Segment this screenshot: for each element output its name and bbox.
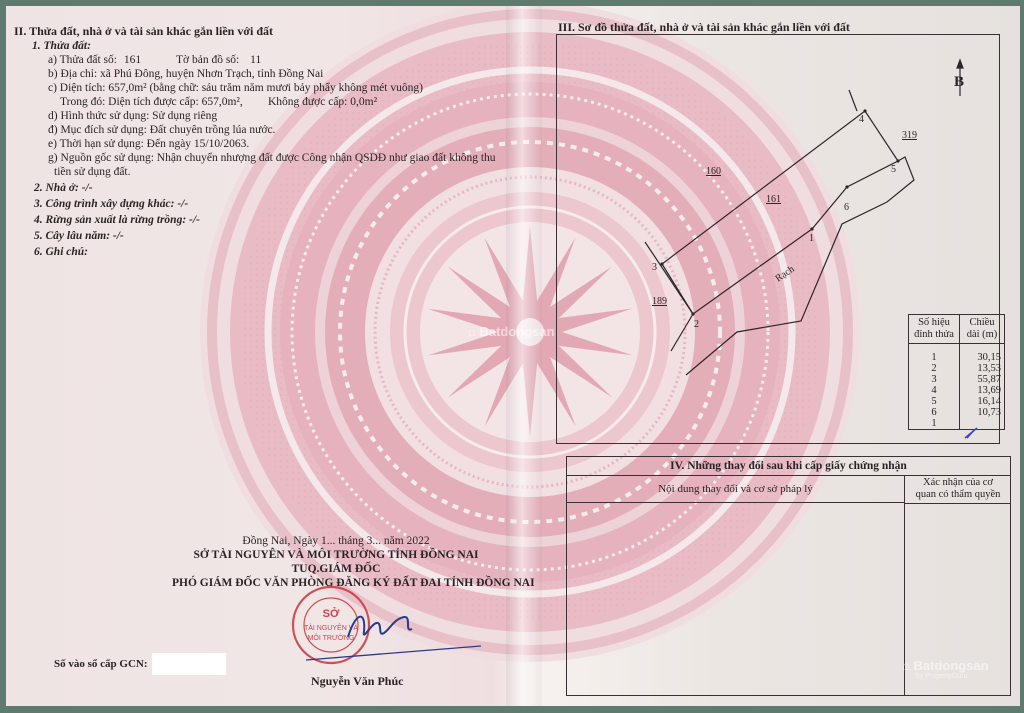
- vertex-1: 1: [809, 233, 814, 244]
- edge-table-row: 130,15: [909, 344, 1005, 364]
- house: 2. Nhà ở: -/-: [34, 181, 93, 195]
- parcel-319-label: 319: [902, 130, 917, 141]
- notes: 6. Ghi chú:: [34, 245, 88, 259]
- map-sheet: Tờ bản đồ số: 11: [176, 53, 261, 67]
- right-page: III. Sơ đồ thửa đất, nhà ở và tài sản kh…: [516, 6, 1020, 706]
- vertex-number: 4: [909, 385, 960, 396]
- vertex-5: 5: [891, 164, 896, 175]
- area-granted: Trong đó: Diện tích được cấp: 657,0m²,: [60, 95, 243, 109]
- issue-date: Đồng Nai, Ngày 1... tháng 3... năm 2022: [156, 534, 516, 548]
- usage-term: e) Thời hạn sử dụng: Đến ngày 15/10/2063…: [48, 137, 249, 151]
- land-heading: 1. Thửa đất:: [32, 39, 91, 53]
- edge-length: 13,69: [960, 385, 1005, 396]
- parcel-number: 161: [124, 54, 141, 66]
- vertex-number: 1: [909, 418, 960, 430]
- vertex-number: 6: [909, 407, 960, 418]
- vertex-number: 3: [909, 374, 960, 385]
- edge-length: 10,73: [960, 407, 1005, 418]
- vertex-number: 2: [909, 363, 960, 374]
- edge-length: 55,87: [960, 374, 1005, 385]
- parcel-160-label: 160: [706, 166, 721, 177]
- on-behalf-of: TUQ.GIÁM ĐỐC: [156, 562, 516, 576]
- origin-line-2: tiền sử dụng đất.: [54, 165, 131, 179]
- edge-table-row: 610,73: [909, 407, 1005, 418]
- parcel-189-label: 189: [652, 296, 667, 307]
- usage-purpose: đ) Mục đích sử dụng: Đất chuyên trồng lú…: [48, 123, 275, 137]
- edge-table-row: 213,53: [909, 363, 1005, 374]
- canal-label: Rạch: [773, 264, 796, 285]
- watermark-corner: ⌂ Batdongsan by PropertyGuru: [902, 658, 989, 680]
- change-content-header: Nội dung thay đổi và cơ sở pháp lý: [567, 476, 904, 503]
- red-seal-icon: SỞ TÀI NGUYÊN VÀ MÔI TRƯỜNG: [293, 587, 369, 663]
- origin-line-1: g) Nguồn gốc sử dụng: Nhận chuyển nhượng…: [48, 151, 496, 165]
- address: b) Địa chỉ: xã Phú Đông, huyện Nhơn Trạc…: [48, 67, 323, 81]
- registry-number-label: Số vào sổ cấp GCN:: [54, 657, 148, 671]
- vertex-column-header: Số hiệu đỉnh thửa: [909, 315, 960, 344]
- redacted-registry-number: [152, 653, 226, 675]
- svg-text:MÔI TRƯỜNG: MÔI TRƯỜNG: [308, 633, 355, 642]
- left-page: II. Thửa đất, nhà ở và tài sản khác gắn …: [6, 6, 516, 706]
- edge-length: 30,15: [960, 344, 1005, 364]
- vertex-3: 3: [652, 262, 657, 273]
- vertex-4: 4: [859, 114, 864, 125]
- map-sheet-number: 11: [250, 54, 261, 66]
- edge-table-row: 413,69: [909, 385, 1005, 396]
- parcel-number-label: a) Thửa đất số: 161: [48, 53, 141, 67]
- parcel-161-label: 161: [766, 194, 781, 205]
- section-ii-title: II. Thửa đất, nhà ở và tài sản khác gắn …: [14, 24, 273, 38]
- perennial-trees: 5. Cây lâu năm: -/-: [34, 229, 124, 243]
- edge-length-table: Số hiệu đỉnh thửa Chiều dài (m) 130,1521…: [908, 314, 1005, 430]
- edge-table-row: 1: [909, 418, 1005, 430]
- other-construction: 3. Công trình xây dựng khác: -/-: [34, 197, 188, 211]
- svg-text:SỞ: SỞ: [323, 607, 340, 620]
- section-iii-title: III. Sơ đồ thửa đất, nhà ở và tài sản kh…: [558, 20, 850, 34]
- issuing-authority: SỞ TÀI NGUYÊN VÀ MÔI TRƯỜNG TỈNH ĐỒNG NA…: [156, 548, 516, 562]
- land-certificate-sheet: II. Thửa đất, nhà ở và tài sản khác gắn …: [6, 6, 1020, 706]
- house-logo-icon: ⌂: [468, 324, 476, 339]
- watermark-center: ⌂ Batdongsan: [468, 324, 555, 339]
- north-label: B: [954, 74, 964, 90]
- authority-confirmation-header: Xác nhận của cơ quan có thẩm quyền: [904, 476, 1011, 504]
- signer-name: Nguyễn Văn Phúc: [311, 674, 403, 688]
- area-not-granted: Không được cấp: 0,0m²: [268, 95, 377, 109]
- edge-length: 13,53: [960, 363, 1005, 374]
- vertex-2: 2: [694, 319, 699, 330]
- usage-form: d) Hình thức sử dụng: Sử dụng riêng: [48, 109, 217, 123]
- area: c) Diện tích: 657,0m² (bằng chữ: sáu tră…: [48, 81, 423, 95]
- vertex-number: 1: [909, 344, 960, 364]
- vertex-6: 6: [844, 202, 849, 213]
- production-forest: 4. Rừng sản xuất là rừng trồng: -/-: [34, 213, 200, 227]
- edge-table-row: 516,14: [909, 396, 1005, 407]
- changes-title: IV. Những thay đổi sau khi cấp giấy chứn…: [567, 457, 1010, 476]
- house-logo-icon: ⌂: [902, 658, 910, 673]
- length-column-header: Chiều dài (m): [960, 315, 1005, 344]
- vertex-number: 5: [909, 396, 960, 407]
- edge-length: 16,14: [960, 396, 1005, 407]
- edge-table-row: 355,87: [909, 374, 1005, 385]
- pen-mark-icon: [962, 426, 982, 440]
- official-stamp-and-signature: SỞ TÀI NGUYÊN VÀ MÔI TRƯỜNG: [286, 581, 516, 671]
